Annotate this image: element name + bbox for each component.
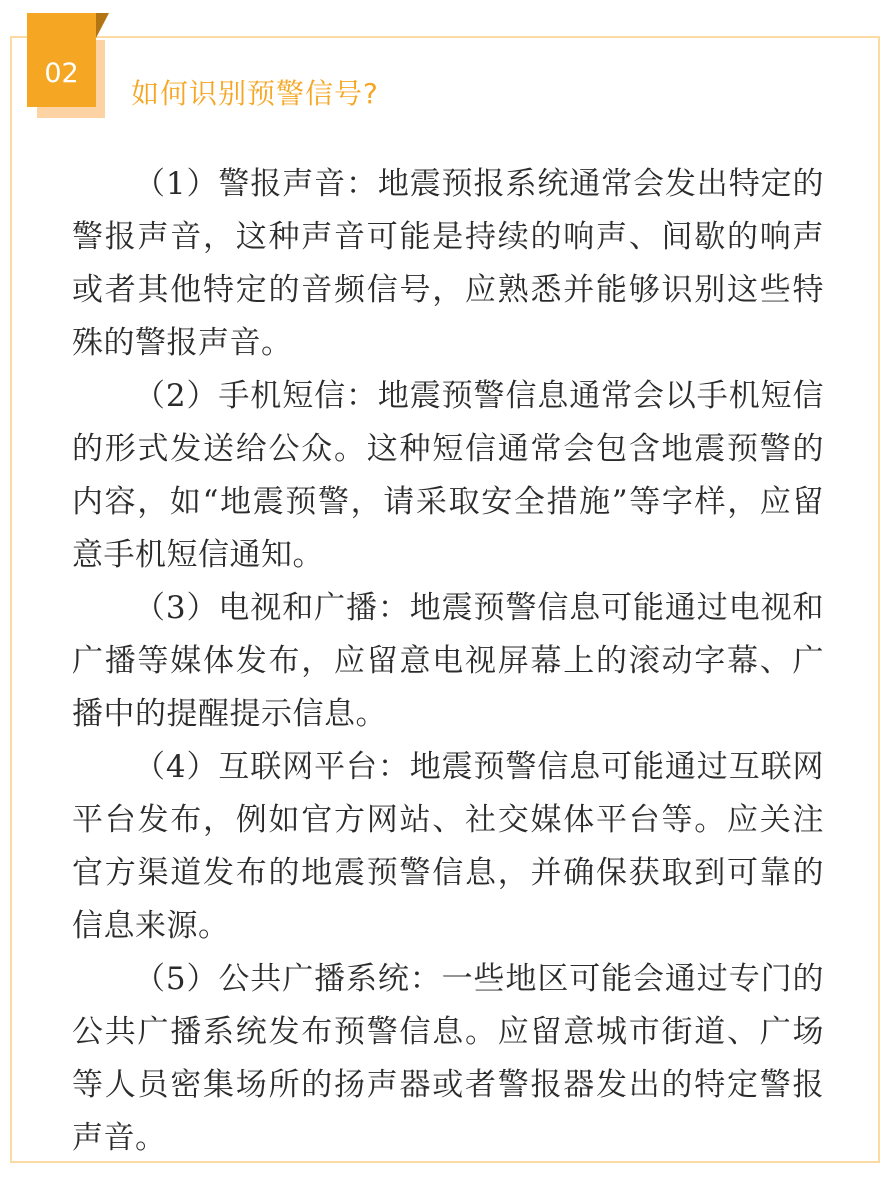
- section-number-badge: 02: [27, 13, 96, 107]
- paragraph-public-broadcast: （5）公共广播系统：一些地区可能会通过专门的公共广播系统发布预警信息。应留意城市…: [72, 953, 824, 1165]
- paragraph-sms: （2）手机短信：地震预警信息通常会以手机短信的形式发送给公众。这种短信通常会包含…: [72, 370, 824, 582]
- badge-fold-corner: [96, 13, 109, 38]
- section-title: 如何识别预警信号?: [131, 72, 379, 112]
- paragraph-alarm-sound: （1）警报声音：地震预报系统通常会发出特定的警报声音，这种声音可能是持续的响声、…: [72, 158, 824, 370]
- paragraph-internet: （4）互联网平台：地震预警信息可能通过互联网平台发布，例如官方网站、社交媒体平台…: [72, 741, 824, 953]
- section-number: 02: [44, 58, 78, 89]
- paragraph-tv-radio: （3）电视和广播：地震预警信息可能通过电视和广播等媒体发布，应留意电视屏幕上的滚…: [72, 582, 824, 741]
- article-body: （1）警报声音：地震预报系统通常会发出特定的警报声音，这种声音可能是持续的响声、…: [72, 158, 824, 1165]
